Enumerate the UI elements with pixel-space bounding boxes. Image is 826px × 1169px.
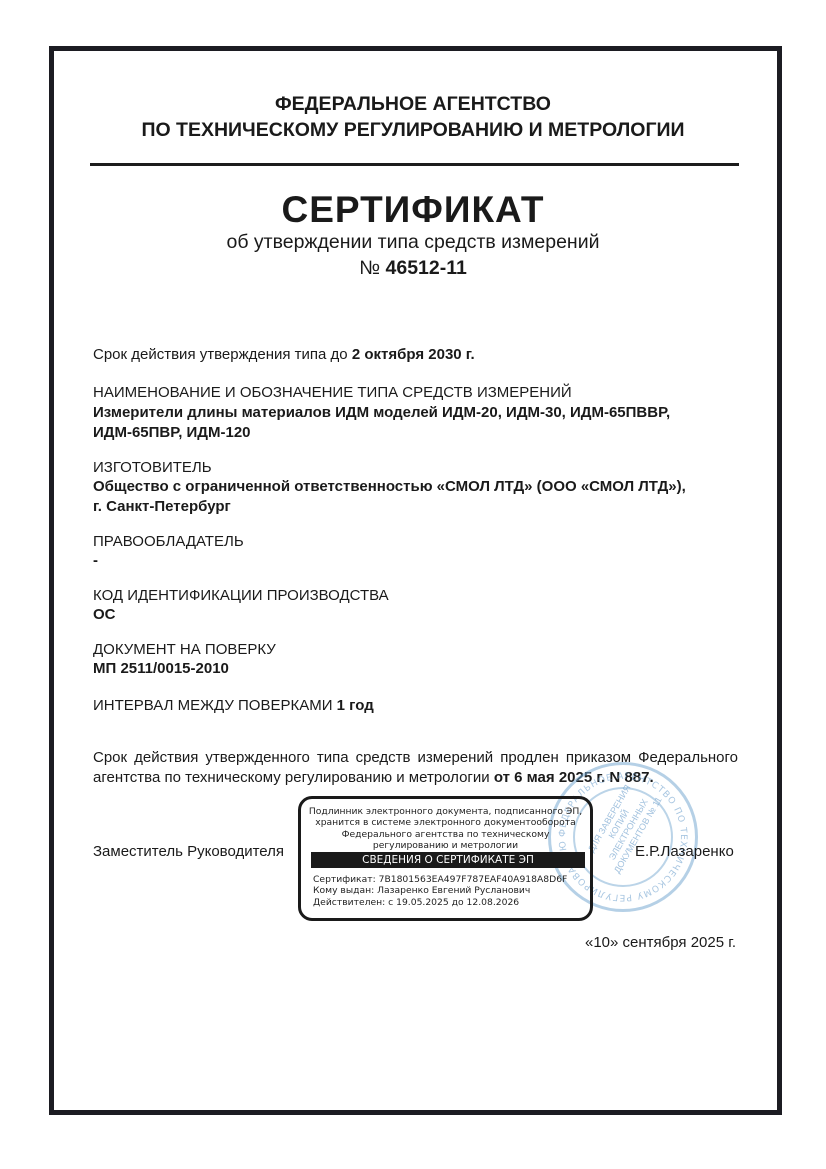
name-value-line2: ИДМ-65ПВР, ИДМ-120 [93, 423, 251, 443]
header-divider [90, 163, 739, 166]
e-signature-notice-line2: хранится в системе электронного документ… [301, 817, 590, 828]
interval-value: 1 год [337, 697, 374, 714]
production-code-label: КОД ИДЕНТИФИКАЦИИ ПРОИЗВОДСТВА [93, 586, 389, 606]
verification-doc-label: ДОКУМЕНТ НА ПОВЕРКУ [93, 640, 276, 660]
e-signature-details: Сертификат: 7B1801563EA497F787EAF40A918A… [313, 874, 567, 908]
name-label: НАИМЕНОВАНИЕ И ОБОЗНАЧЕНИЕ ТИПА СРЕДСТВ … [93, 383, 572, 403]
e-signature-cert: Сертификат: 7B1801563EA497F787EAF40A918A… [313, 874, 567, 885]
certificate-title: СЕРТИФИКАТ [0, 189, 826, 231]
e-signature-notice-line1: Подлинник электронного документа, подпис… [301, 806, 590, 817]
e-signature-issued-to: Кому выдан: Лазаренко Евгений Русланович [313, 885, 567, 896]
manufacturer-value-line1: Общество с ограниченной ответственностью… [93, 477, 686, 497]
name-value-line1: Измерители длины материалов ИДМ моделей … [93, 403, 670, 423]
certificate-subtitle: об утверждении типа средств измерений [0, 231, 826, 254]
e-signature-stamp: Подлинник электронного документа, подпис… [298, 796, 593, 921]
validity-value: 2 октября 2030 г. [352, 346, 475, 363]
rights-holder-label: ПРАВООБЛАДАТЕЛЬ [93, 532, 244, 552]
e-signature-bar: СВЕДЕНИЯ О СЕРТИФИКАТЕ ЭП [311, 852, 585, 868]
number-sign: № [359, 257, 380, 279]
e-signature-notice-line4: регулированию и метрологии [301, 840, 590, 851]
signatory-position: Заместитель Руководителя [93, 842, 284, 862]
e-signature-notice-line3: Федерального агентства по техническому [301, 829, 590, 840]
validity-label: Срок действия утверждения типа до [93, 346, 348, 363]
manufacturer-label: ИЗГОТОВИТЕЛЬ [93, 458, 212, 478]
certificate-number-value: 46512-11 [386, 257, 467, 279]
agency-name-line1: ФЕДЕРАЛЬНОЕ АГЕНТСТВО [0, 91, 826, 117]
issue-date: «10» сентября 2025 г. [585, 933, 736, 953]
validity-line: Срок действия утверждения типа до 2 октя… [93, 345, 475, 365]
certificate-number: № 46512-11 [0, 257, 826, 280]
e-signature-valid: Действителен: с 19.05.2025 до 12.08.2026 [313, 897, 567, 908]
manufacturer-value-line2: г. Санкт-Петербург [93, 497, 231, 517]
verification-doc-value: МП 2511/0015-2010 [93, 659, 229, 679]
signatory-name: Е.Р.Лазаренко [635, 842, 734, 862]
interval-line: ИНТЕРВАЛ МЕЖДУ ПОВЕРКАМИ 1 год [93, 696, 374, 716]
agency-name-line2: ПО ТЕХНИЧЕСКОМУ РЕГУЛИРОВАНИЮ И МЕТРОЛОГ… [0, 117, 826, 143]
e-signature-notice: Подлинник электронного документа, подпис… [301, 806, 590, 852]
production-code-value: ОС [93, 605, 116, 625]
rights-holder-value: - [93, 551, 98, 571]
interval-label: ИНТЕРВАЛ МЕЖДУ ПОВЕРКАМИ [93, 697, 333, 714]
